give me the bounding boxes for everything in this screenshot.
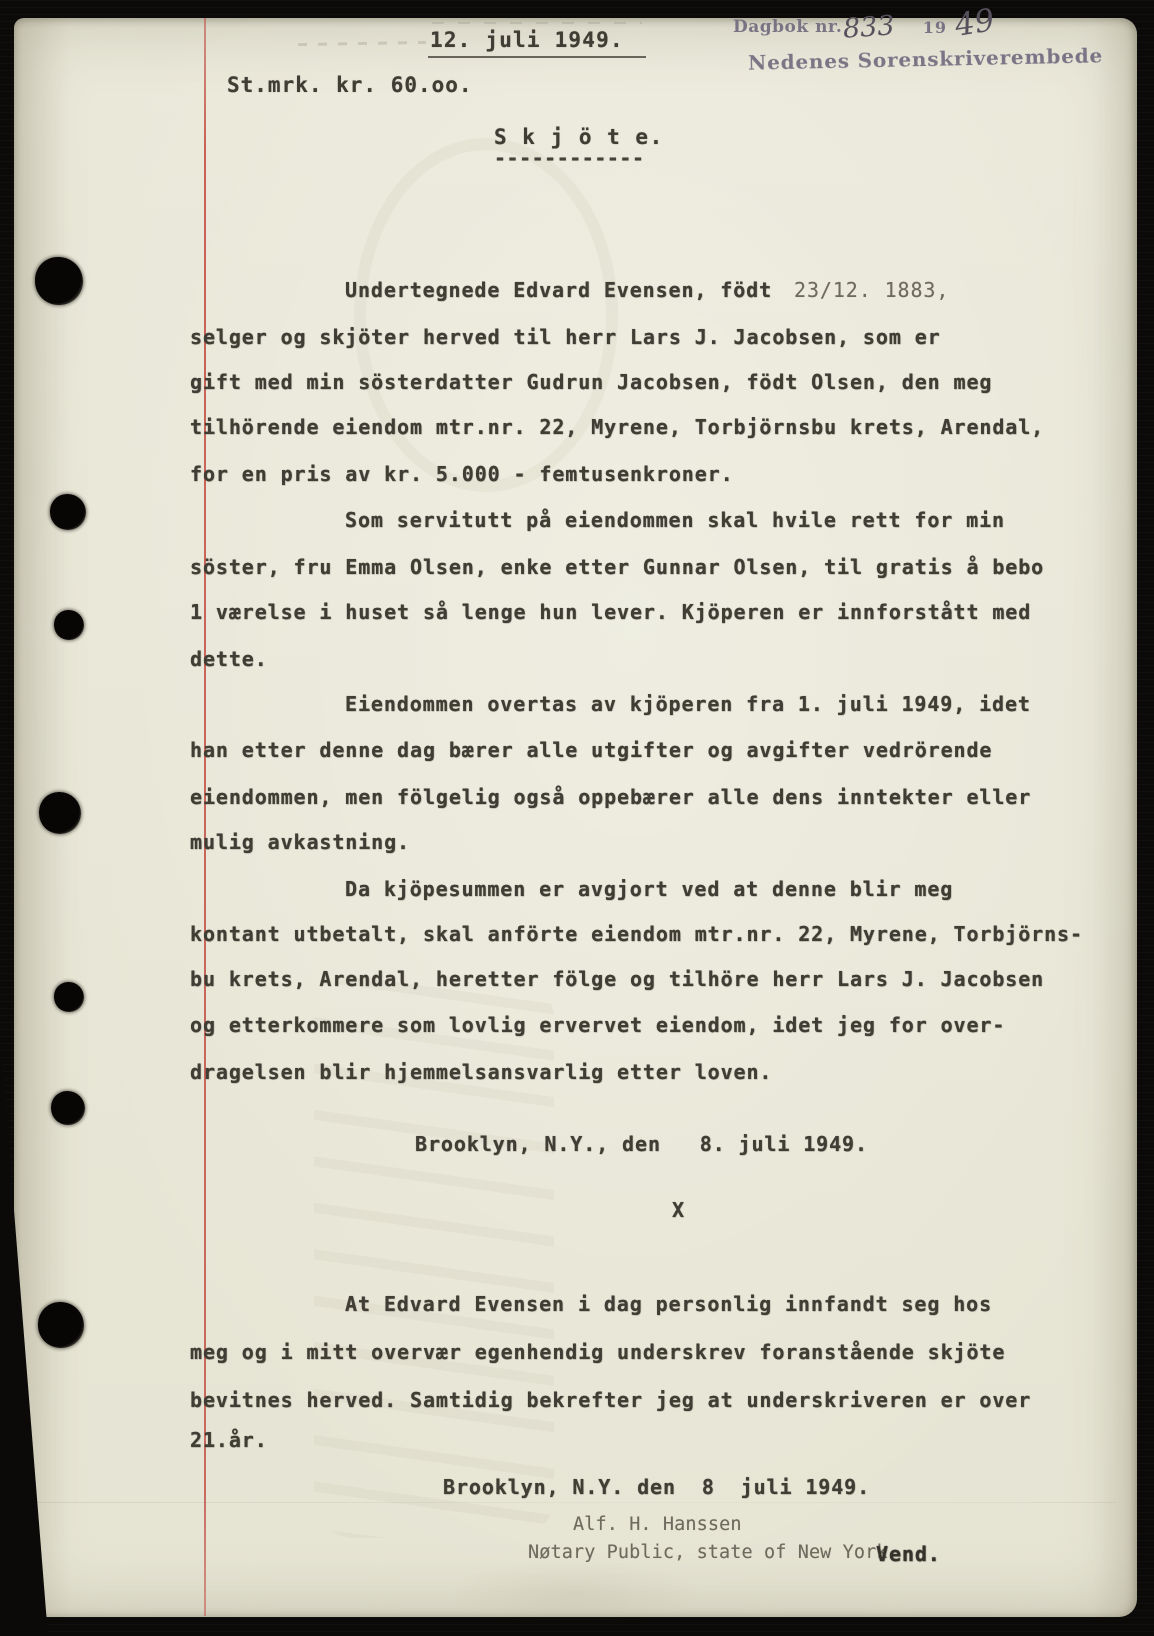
punch-hole (50, 494, 86, 530)
date-line: 12. juli 1949. (428, 26, 646, 58)
typed-line: kontant utbetalt, skal anförte eiendom m… (190, 921, 1083, 947)
witness-x-mark: X (672, 1197, 685, 1223)
notary-title-line: Nøtary Public, state of New York (528, 1540, 888, 1566)
typed-line: meg og i mitt overvær egenhendig undersk… (190, 1339, 1005, 1365)
typed-line: bu krets, Arendal, heretter fölge og til… (190, 966, 1044, 992)
typed-line: gift med min sösterdatter Gudrun Jacobse… (190, 369, 992, 395)
attestation-line: At Edvard Evensen i dag personlig innfan… (345, 1291, 992, 1317)
typed-line: dragelsen blir hjemmelsansvarlig etter l… (190, 1059, 772, 1085)
turn-page-note: Vend. (876, 1541, 941, 1567)
document-page (14, 18, 1137, 1617)
dagbok-label: Dagbok nr. (733, 12, 842, 42)
notary-place-date-line: Brooklyn, N.Y. den 8 juli 1949. (443, 1474, 870, 1500)
birthdate-fragment: 23/12. 1883, (794, 277, 949, 303)
punch-hole (35, 257, 83, 305)
punch-hole (39, 792, 81, 834)
punch-hole (51, 1091, 85, 1125)
dagbok-number-handwritten: 833 (842, 12, 895, 44)
typed-line: og etterkommere som lovlig ervervet eien… (190, 1012, 1005, 1038)
typed-line: for en pris av kr. 5.000 - femtusenkrone… (190, 461, 734, 487)
typed-line: eiendommen, men fölgelig også oppebærer … (190, 784, 1031, 810)
typed-line: mulig avkastning. (190, 829, 410, 855)
year-handwritten: 49 (953, 7, 996, 39)
dagbok-stamp: Dagbok nr. 833 19 49 (733, 12, 995, 42)
year-prefix-stamp: 19 (923, 13, 947, 42)
red-margin-line (204, 18, 206, 1616)
scan-background: { "scan": { "background_color": "#0b0a08… (0, 0, 1154, 1636)
notary-signature: Alf. H. Hanssen (573, 1512, 742, 1538)
typed-line: Som servitutt på eiendommen skal hvile r… (345, 507, 1005, 533)
typed-line: bevitnes herved. Samtidig bekrefter jeg … (190, 1387, 1031, 1413)
typed-line: dette. (190, 646, 268, 672)
typed-line: söster, fru Emma Olsen, enke etter Gunna… (190, 554, 1044, 580)
place-date-line: Brooklyn, N.Y., den 8. juli 1949. (415, 1131, 868, 1157)
punch-hole (54, 982, 84, 1012)
typed-line: selger og skjöter herved til herr Lars J… (190, 324, 941, 350)
typed-line: Da kjöpesummen er avgjort ved at denne b… (345, 876, 953, 902)
bleed-through-artifact (444, 1558, 704, 1628)
punch-hole (54, 610, 84, 640)
title-underline: ------------ (494, 146, 645, 170)
typed-line: 1 værelse i huset så lenge hun lever. Kj… (190, 599, 1031, 625)
typed-line: 21.år. (190, 1427, 268, 1453)
punch-hole (38, 1302, 84, 1348)
typed-line: tilhörende eiendom mtr.nr. 22, Myrene, T… (190, 414, 1044, 440)
deed-opening-line: Undertegnede Edvard Evensen, födt (345, 277, 772, 303)
typed-line: han etter denne dag bærer alle utgifter … (190, 737, 992, 763)
stamp-duty-line: St.mrk. kr. 60.oo. (227, 72, 473, 98)
typed-line: Eiendommen overtas av kjöperen fra 1. ju… (345, 691, 1031, 717)
